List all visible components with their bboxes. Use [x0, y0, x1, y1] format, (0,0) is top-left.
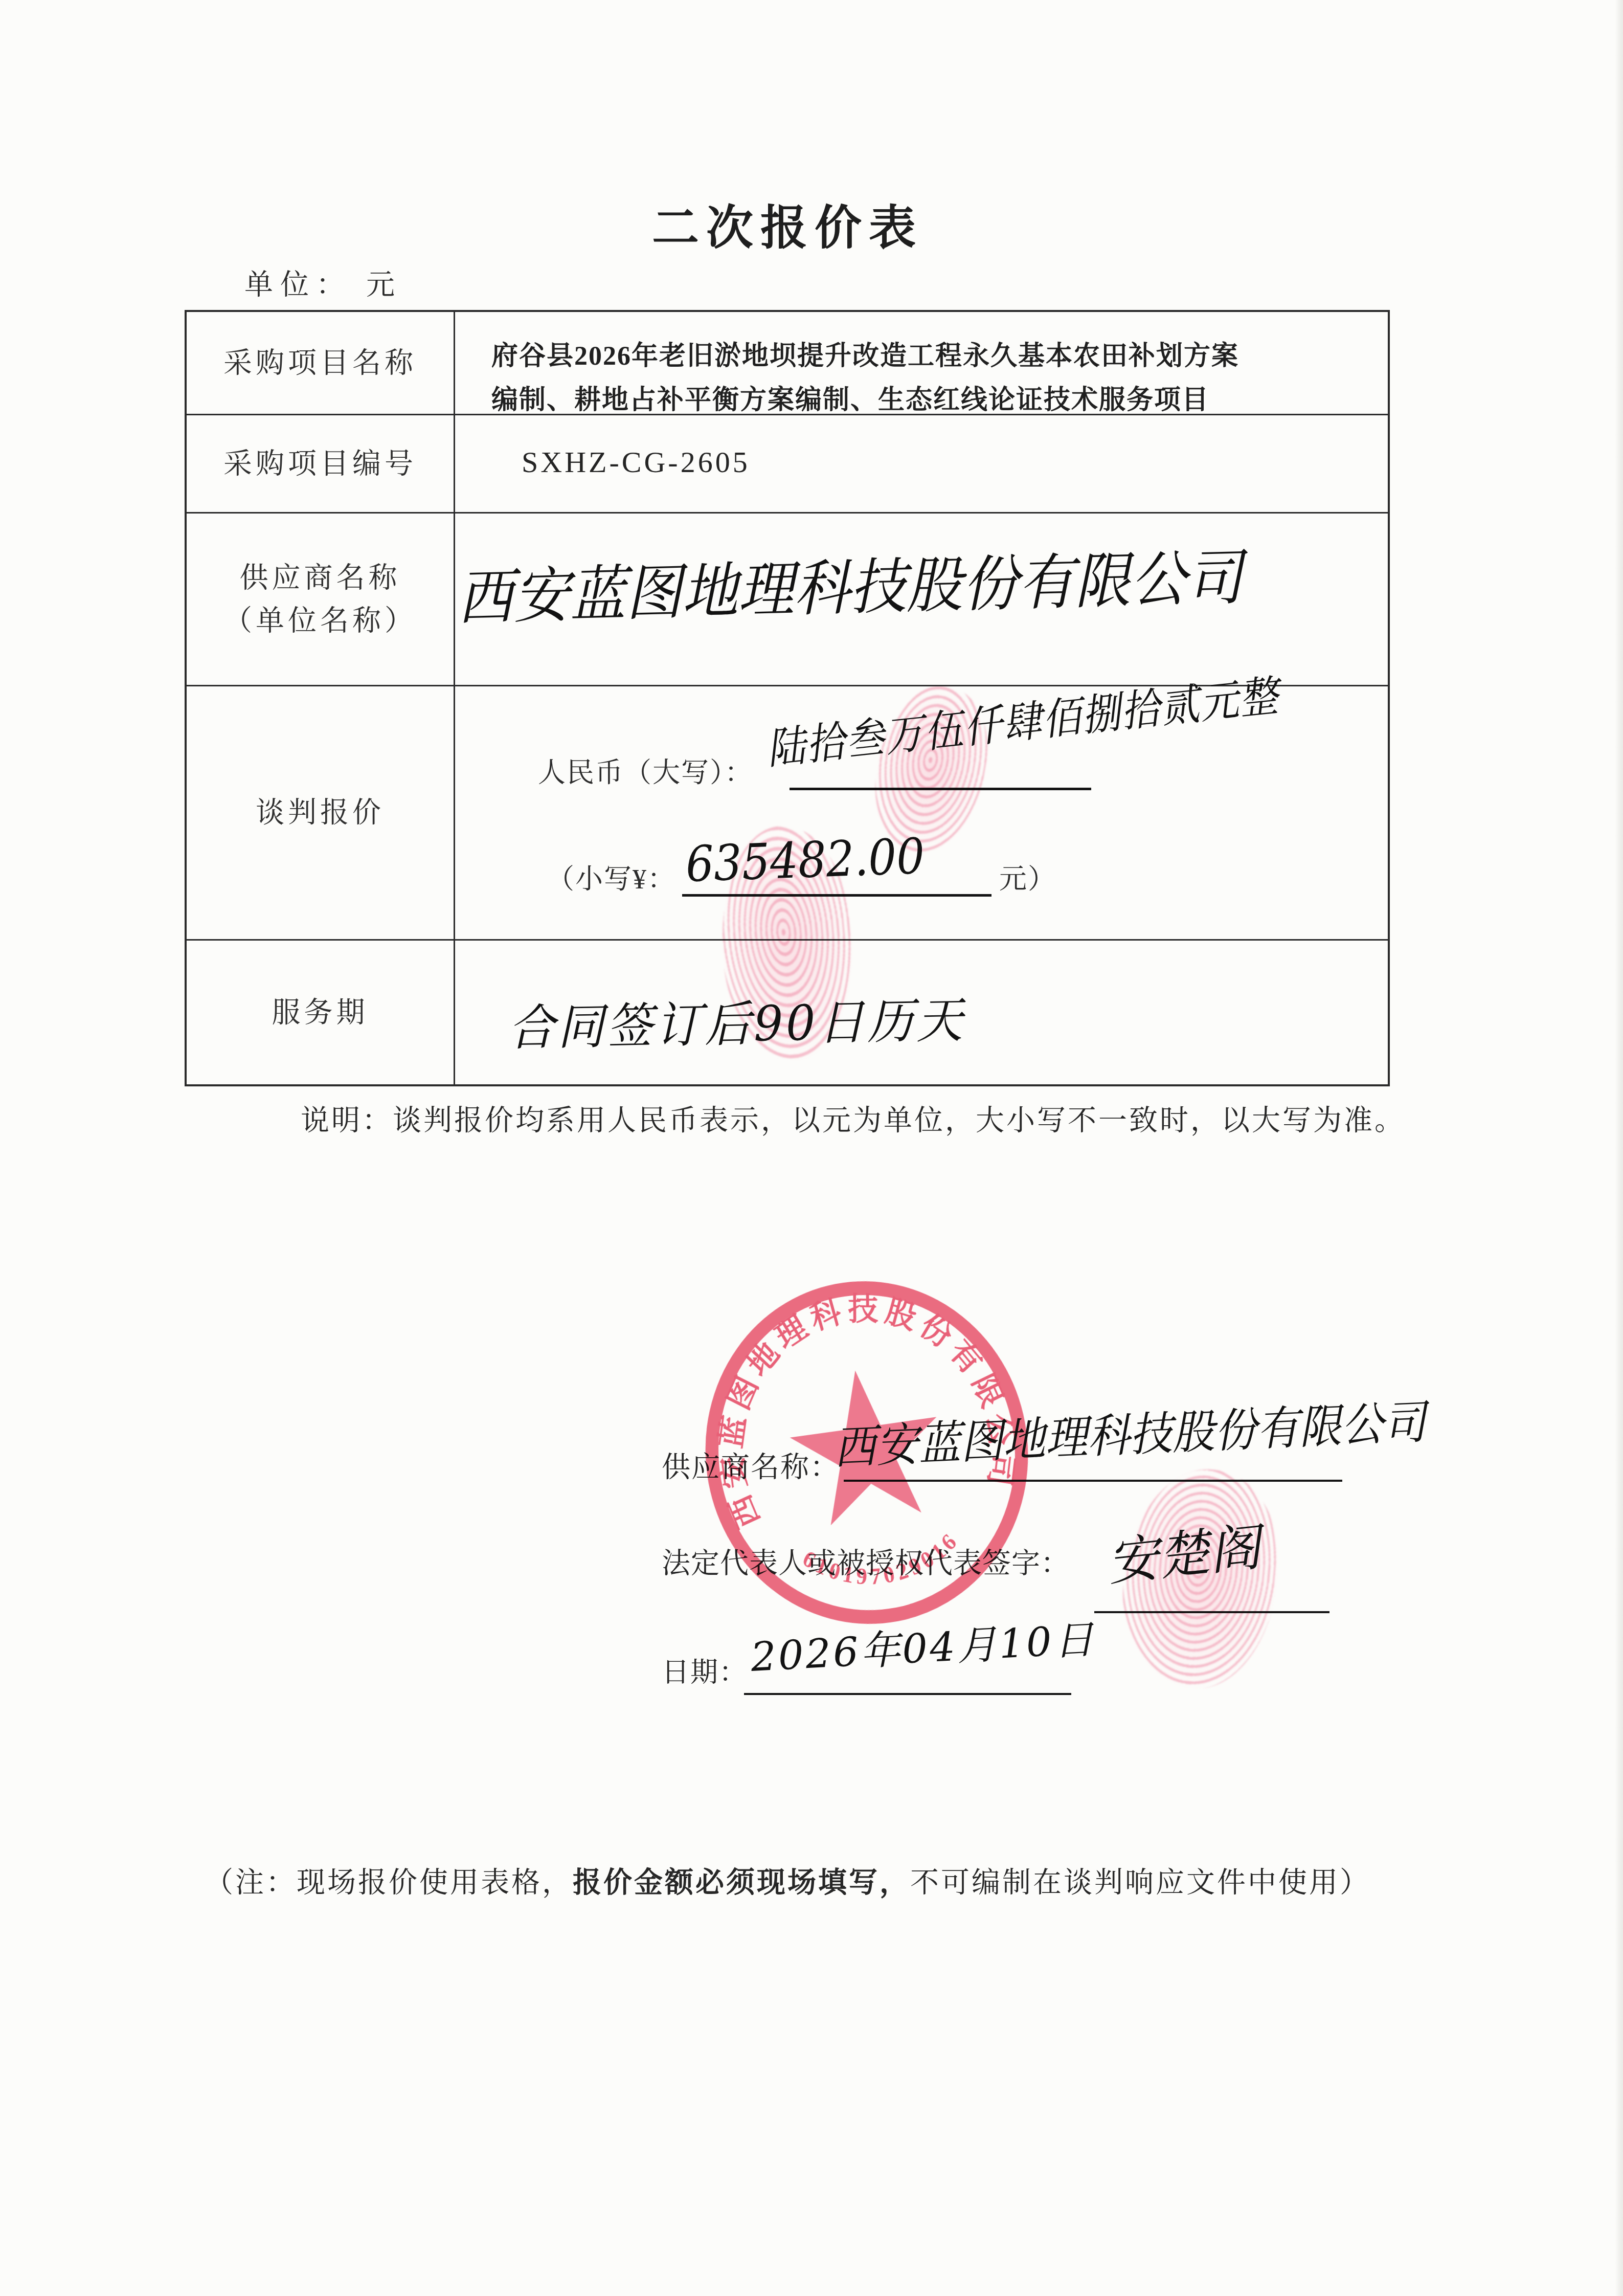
handwritten-price-in-figures: 635482.00 [685, 828, 926, 893]
unit-label: 单位： 元 [244, 262, 402, 303]
row-value-project-name: 府谷县2026年老旧淤地坝提升改造工程永久基本农田补划方案 编制、耕地占补平衡方… [491, 335, 1381, 422]
scanned-quotation-form: 二次报价表 单位： 元 采购项目名称 府谷县2026年老旧淤地坝提升改造工程永久… [0, 0, 1623, 2296]
table-footnote: 说明：谈判报价均系用人民币表示，以元为单位，大小写不一致时，以大写为准。 [301, 1098, 1405, 1139]
handwritten-service-period: 合同签订后90日历天 [508, 982, 966, 1059]
seal-serial-number: 610197029016 [796, 1524, 968, 1600]
row-label-negotiated-price: 谈判报价 [187, 686, 454, 939]
price-in-figures-suffix: 元） [999, 857, 1056, 897]
row-label-service-period: 服务期 [187, 941, 454, 1084]
row-label-project-number: 采购项目编号 [187, 415, 454, 512]
row-value-project-number: SXHZ-CG-2605 [522, 445, 750, 479]
footer-note-suffix: 不可编制在谈判响应文件中使用） [910, 1867, 1370, 1899]
price-in-words-label: 人民币（大写）： [538, 751, 753, 790]
svg-text:610197029016: 610197029016 [796, 1524, 968, 1600]
table-row-project-number: 采购项目编号 SXHZ-CG-2605 [187, 415, 1388, 514]
row-label-project-name: 采购项目名称 [187, 312, 454, 414]
date-underline [744, 1693, 1071, 1695]
footer-note-bold: 报价金额必须现场填写， [573, 1867, 910, 1899]
handwritten-supplier-name: 西安蓝图地理科技股份有限公司 [456, 529, 1244, 636]
price-in-figures-label: （小写¥： [547, 857, 676, 897]
table-row-project-name: 采购项目名称 府谷县2026年老旧淤地坝提升改造工程永久基本农田补划方案 编制、… [187, 312, 1388, 415]
footer-note: （注：现场报价使用表格，报价金额必须现场填写，不可编制在谈判响应文件中使用） [205, 1860, 1370, 1901]
scan-edge-shadow [1615, 0, 1623, 2296]
footer-note-prefix: （注：现场报价使用表格， [205, 1867, 573, 1899]
row-label-supplier-name: 供应商名称 （单位名称） [187, 514, 454, 685]
form-title: 二次报价表 [562, 190, 1012, 258]
table-row-supplier-name: 供应商名称 （单位名称） 西安蓝图地理科技股份有限公司 [187, 514, 1388, 686]
